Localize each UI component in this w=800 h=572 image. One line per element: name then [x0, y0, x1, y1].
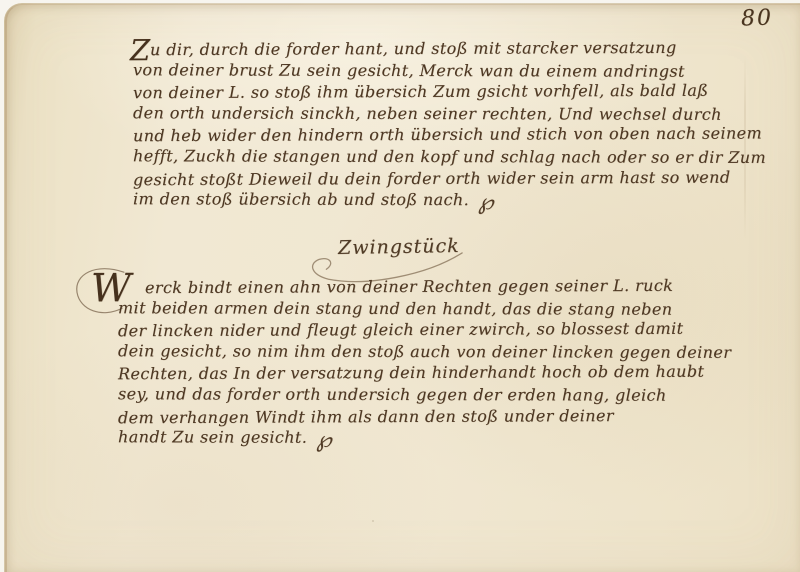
text-line: dein gesicht, so nim ihm den stoß auch v…	[118, 341, 690, 364]
text-line: hefft, Zuckh die stangen und den kopf un…	[133, 146, 693, 169]
ink-speck	[698, 176, 700, 178]
paragraph-end-flourish-icon: ℘	[478, 190, 494, 215]
ink-speck	[372, 520, 374, 522]
text-line: im den stoß übersich ab und stoß nach.℘	[133, 189, 693, 212]
text-line-content: handt Zu sein gesicht.	[118, 427, 307, 446]
text-line-content: u dir, durch die forder hant, und stoß m…	[150, 38, 677, 59]
text-line: der lincken nider und fleugt gleich eine…	[118, 319, 690, 343]
paragraph-2: Werck bindt einen ahn von deiner Rechten…	[118, 277, 690, 450]
text-line: und heb wider den hindern orth übersich …	[133, 124, 693, 148]
text-line-content: erck bindt einen ahn von deiner Rechten …	[145, 276, 673, 297]
text-line: handt Zu sein gesicht.℘	[118, 427, 690, 450]
text-line: von deiner brust Zu sein gesicht, Merck …	[133, 60, 693, 83]
folio-number: 80	[741, 5, 774, 31]
section-heading: Zwingstück	[338, 235, 460, 259]
text-line-content: im den stoß übersich ab und stoß nach.	[133, 189, 469, 209]
text-line: gesicht stoßt Dieweil du dein forder ort…	[133, 167, 693, 191]
manuscript-photo: 80 Zu dir, durch die forder hant, und st…	[0, 0, 800, 572]
text-line: dem verhangen Windt ihm als dann den sto…	[118, 405, 690, 429]
paragraph-end-flourish-icon: ℘	[316, 428, 332, 453]
text-line: Zu dir, durch die forder hant, und stoß …	[133, 38, 693, 62]
text-line: sey, und das forder orth undersich gegen…	[118, 384, 690, 407]
text-line: Werck bindt einen ahn von deiner Rechten…	[118, 276, 690, 300]
text-line: Rechten, das In der versatzung dein hind…	[118, 362, 690, 386]
text-line: von deiner L. so stoß ihm übersich Zum g…	[133, 81, 693, 105]
paragraph-1: Zu dir, durch die forder hant, und stoß …	[133, 39, 693, 212]
text-line: mit beiden armen dein stang und den hand…	[118, 298, 690, 321]
text-line: den orth undersich sinckh, neben seiner …	[133, 103, 693, 126]
